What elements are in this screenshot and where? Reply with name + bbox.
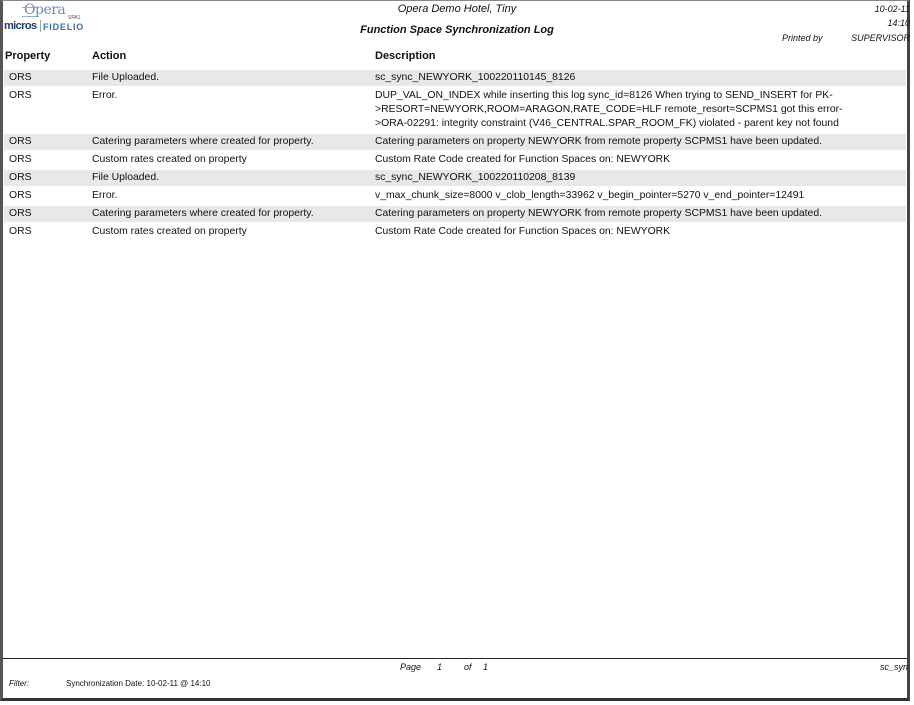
log-table-body: ORSFile Uploaded.sc_sync_NEWYORK_1002201… — [4, 70, 906, 242]
cell-action: Error. — [92, 89, 117, 103]
report-date: 10-02-11 — [875, 4, 910, 14]
report-time: 14:10 — [887, 18, 910, 28]
page-of-label: of — [464, 662, 472, 672]
report-code: sc_syn — [880, 662, 908, 672]
table-row: ORSCatering parameters where created for… — [4, 206, 906, 222]
cell-description: Catering parameters on property NEWYORK … — [375, 135, 903, 149]
page-number: 1 — [437, 662, 442, 672]
cell-description: Custom Rate Code created for Function Sp… — [375, 153, 903, 167]
hotel-name: Opera Demo Hotel, Tiny — [0, 3, 914, 15]
cell-description: Custom Rate Code created for Function Sp… — [375, 225, 903, 239]
cell-property: ORS — [9, 189, 32, 203]
page-label: Page — [400, 662, 421, 672]
cell-property: ORS — [9, 71, 32, 85]
table-row: ORSCustom rates created on propertyCusto… — [4, 152, 906, 168]
table-row: ORSCustom rates created on propertyCusto… — [4, 224, 906, 240]
cell-property: ORS — [9, 135, 32, 149]
cell-action: File Uploaded. — [92, 171, 159, 185]
logo-edition: SPA1 — [68, 15, 80, 21]
cell-action: Custom rates created on property — [92, 153, 247, 167]
filter-label: Filter: — [9, 679, 29, 688]
column-header-property: Property — [5, 50, 50, 62]
cell-action: Catering parameters where created for pr… — [92, 135, 314, 149]
cell-description: sc_sync_NEWYORK_100220110145_8126 — [375, 71, 903, 85]
cell-description: v_max_chunk_size=8000 v_clob_length=3396… — [375, 189, 903, 203]
table-row: ORSError.DUP_VAL_ON_INDEX while insertin… — [4, 88, 906, 132]
printed-by-label: Printed by — [782, 33, 823, 43]
cell-description: DUP_VAL_ON_INDEX while inserting this lo… — [375, 89, 903, 131]
cell-action: File Uploaded. — [92, 71, 159, 85]
cell-property: ORS — [9, 225, 32, 239]
table-row: ORSCatering parameters where created for… — [4, 134, 906, 150]
page-total: 1 — [483, 662, 488, 672]
cell-property: ORS — [9, 153, 32, 167]
cell-property: ORS — [9, 207, 32, 221]
table-row: ORSFile Uploaded.sc_sync_NEWYORK_1002201… — [4, 70, 906, 86]
cell-description: Catering parameters on property NEWYORK … — [375, 207, 903, 221]
cell-description: sc_sync_NEWYORK_100220110208_8139 — [375, 171, 903, 185]
cell-property: ORS — [9, 171, 32, 185]
cell-action: Catering parameters where created for pr… — [92, 207, 314, 221]
table-row: ORSError.v_max_chunk_size=8000 v_clob_le… — [4, 188, 906, 204]
printed-by-user: SUPERVISOR — [851, 33, 910, 43]
report-title: Function Space Synchronization Log — [0, 24, 914, 36]
footer-divider — [3, 658, 907, 659]
cell-action: Error. — [92, 189, 117, 203]
column-header-action: Action — [92, 50, 126, 62]
filter-value: Synchronization Date: 10-02-11 @ 14:10 — [66, 679, 211, 688]
cell-property: ORS — [9, 89, 32, 103]
table-row: ORSFile Uploaded.sc_sync_NEWYORK_1002201… — [4, 170, 906, 186]
column-header-description: Description — [375, 50, 436, 62]
cell-action: Custom rates created on property — [92, 225, 247, 239]
